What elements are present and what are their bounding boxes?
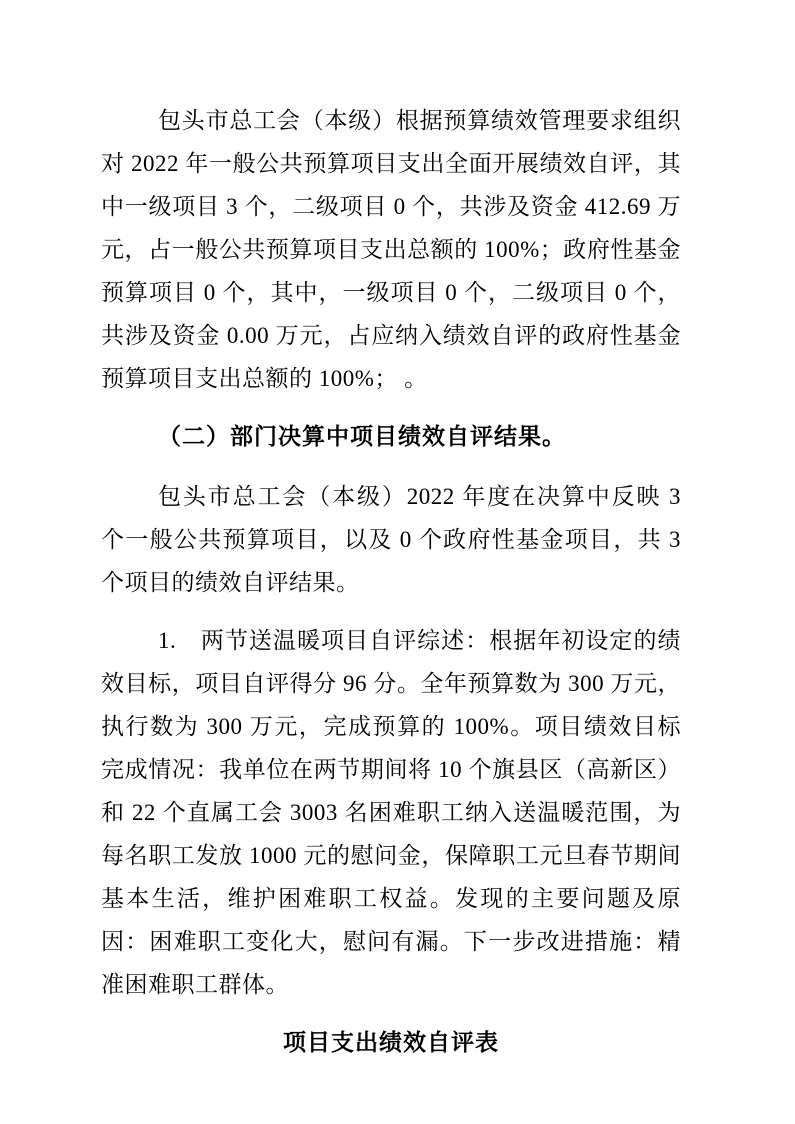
paragraph-final-accounts-overview: 包头市总工会（本级）2022 年度在决算中反映 3 个一般公共预算项目，以及 0… <box>101 475 681 604</box>
document-page: 包头市总工会（本级）根据预算绩效管理要求组织对 2022 年一般公共预算项目支出… <box>0 0 795 1124</box>
section-heading-final-accounts-self-evaluation-results: （二）部门决算中项目绩效自评结果。 <box>101 415 681 458</box>
paragraph-item1-two-festivals-warmth-project: 1. 两节送温暖项目自评综述：根据年初设定的绩效目标，项目自评得分 96 分。全… <box>101 619 681 1006</box>
table-title-project-expenditure-performance-self-evaluation: 项目支出绩效自评表 <box>101 1021 681 1064</box>
paragraph-budget-self-evaluation-summary: 包头市总工会（本级）根据预算绩效管理要求组织对 2022 年一般公共预算项目支出… <box>101 99 681 400</box>
